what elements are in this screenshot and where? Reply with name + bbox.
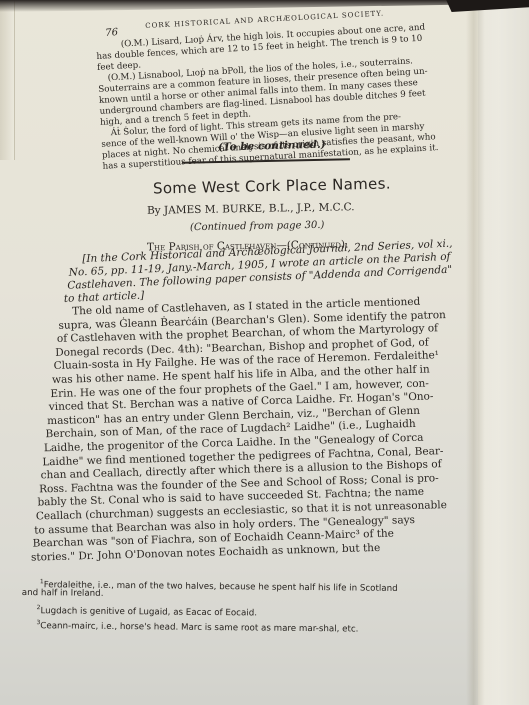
footnote-3: 3Ceann-mairc, i.e., horse's head. Marc i… — [36, 617, 358, 635]
continued-from-note: (Continued from page 30.) — [190, 220, 325, 234]
journal-page: 76 CORK HISTORICAL AND ARCHÆOLOGICAL SOC… — [0, 0, 529, 705]
footnote-1-cont: and half in Ireland. — [22, 587, 104, 600]
article-title: Some West Cork Place Names. — [153, 178, 391, 195]
article-byline: By JAMES M. BURKE, B.L., J.P., M.C.C. — [147, 201, 355, 217]
text-line: to that article.] — [64, 290, 145, 305]
page-number: 76 — [105, 27, 119, 40]
footnote-text: Ceann-mairc, i.e., horse's head. Marc is… — [40, 621, 358, 634]
